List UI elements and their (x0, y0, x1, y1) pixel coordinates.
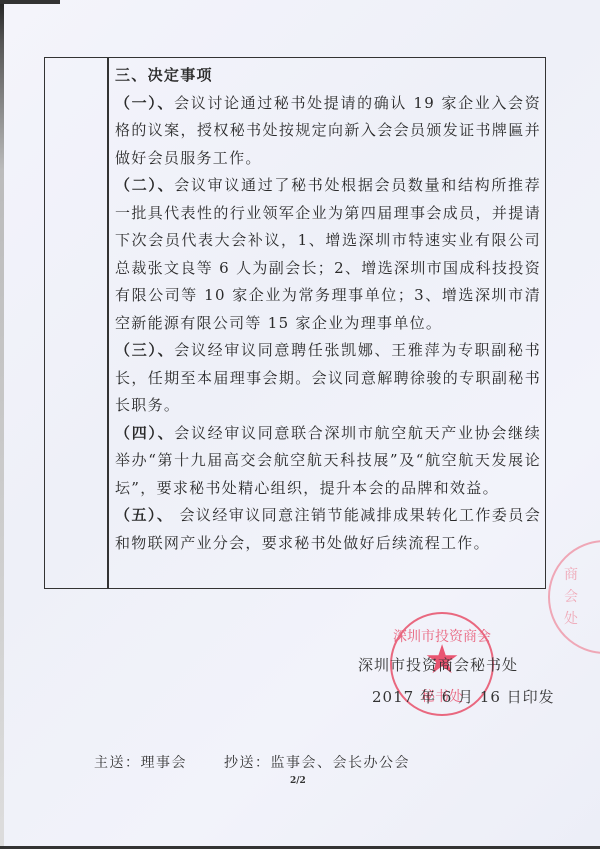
partial-stamp-text: 商会处 (564, 564, 584, 630)
scan-edge (0, 0, 60, 4)
partial-red-stamp: 商会处 (548, 540, 600, 654)
decision-item-5: （五）、 会议经审议同意注销节能减排成果转化工作委员会和物联网产业分会，要求秘书… (115, 502, 541, 557)
section-heading: 三、决定事项 (115, 62, 541, 90)
table-column-divider (107, 58, 109, 588)
decision-item-1: （一）、会议讨论通过秘书处提请的确认 19 家企业入会资格的议案，授权秘书处按规… (115, 90, 541, 173)
decision-content: 三、决定事项 （一）、会议讨论通过秘书处提请的确认 19 家企业入会资格的议案，… (115, 62, 541, 557)
decision-item-2: （二）、会议审议通过了秘书处根据会员数量和结构所推荐一批具代表性的行业领军企业为… (115, 172, 541, 337)
decision-item-4: （四）、会议经审议同意联合深圳市航空航天产业协会继续举办“第十九届高交会航空航天… (115, 420, 541, 503)
copy-send: 抄送：监事会、会长办公会 (224, 752, 410, 772)
page-number: 2/2 (290, 776, 306, 786)
signature-org: 深圳市投资商会秘书处 (358, 654, 518, 675)
main-send: 主送：理事会 (94, 752, 187, 772)
signature-date: 2017 年 6 月 16 日印发 (372, 686, 555, 707)
decision-table: 三、决定事项 （一）、会议讨论通过秘书处提请的确认 19 家企业入会资格的议案，… (44, 57, 546, 589)
scan-edge (0, 0, 4, 849)
decision-item-3: （三）、会议经审议同意聘任张凯娜、王雅萍为专职副秘书长，任期至本届理事会期。会议… (115, 337, 541, 420)
